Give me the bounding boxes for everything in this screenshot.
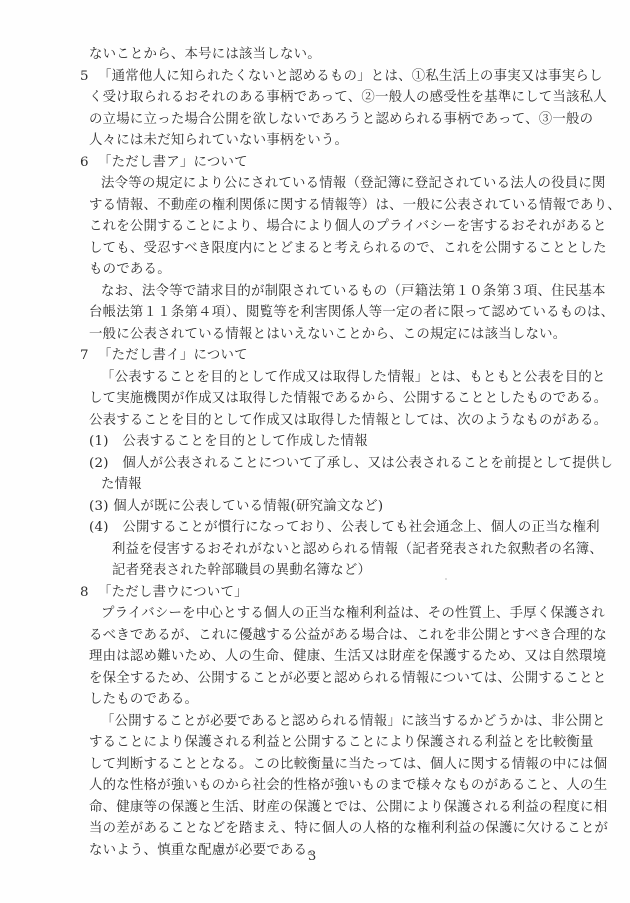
list-item-3: (3) 個人が既に公表している情報(研究論文など): [89, 497, 383, 517]
text-line: 人的な性格が強いものから社会的性格が強いものまで様々なものがあること、人の生: [89, 776, 607, 796]
scan-speck: [445, 578, 447, 580]
text-line: 命、健康等の保護と生活、財産の保護とでは、公開により保護される利益の程度に相: [89, 798, 607, 818]
text-line: 「公開することが必要であると認められる情報」に該当するかどうかは、非公開と: [101, 712, 606, 732]
text-line: しても、受忍すべき限度内にとどまると考えられるので、これを公開することとした: [89, 239, 607, 259]
section-heading-6: 「ただし書ア」について: [98, 153, 248, 173]
text-line: して実施機関が作成又は取得した情報であるから、公開することとしたものである。: [89, 389, 607, 409]
list-item-1: (1) 公表することを目的として作成した情報: [89, 432, 368, 452]
section-heading-7: 「ただし書イ」について: [98, 346, 248, 366]
section-heading-8: 「ただし書ウについて」: [98, 583, 248, 603]
text-line: 理由は認め難いため、人の生命、健康、生活又は財産を保護するため、又は自然環境: [89, 647, 606, 667]
text-line: 公表することを目的として作成又は取得した情報としては、次のようなものがある。: [89, 411, 607, 431]
text-line: 一般に公表されている情報とはいえないことから、この規定には該当しない。: [89, 325, 566, 345]
text-line: 台帳法第１１条第４項）、閲覧等を利害関係人等一定の者に限って認めているものは、: [89, 303, 614, 323]
section-number-8: 8: [80, 583, 89, 603]
text-line: これを公開することにより、場合により個人のプライバシーを害するおそれがあると: [89, 217, 607, 237]
text-line: ないことから、本号には該当しない。: [89, 45, 321, 65]
list-item-2: (2) 個人が公表されることについて了承し、又は公表されることを前提として提供し: [89, 454, 613, 474]
document-page: ないことから、本号には該当しない。 5 「通常他人に知られたくないと認めるもの」…: [0, 0, 630, 903]
text-line: ないよう、慎重な配慮が必要である。: [89, 841, 321, 861]
section-number-7: 7: [80, 346, 89, 366]
text-line: することにより保護される利益と公開することにより保護される利益とを比較衡量: [89, 733, 594, 753]
scan-speck: [586, 188, 588, 190]
text-line: 「通常他人に知られたくないと認めるもの」とは、①私生活上の事実又は事実らし: [98, 67, 603, 87]
text-line: の立場に立った場合公開を欲しないであろうと認められる事柄であって、③一般の: [89, 110, 593, 130]
text-line: 利益を侵害するおそれがないと認められる情報（記者発表された叙勲者の名簿、: [112, 540, 603, 560]
list-item-4: (4) 公開することが慣行になっており、公表しても社会通念上、個人の正当な権利: [89, 518, 600, 538]
text-line: く受け取られるおそれのある事柄であって、②一般人の感受性を基準にして当該私人: [89, 88, 607, 108]
text-line: して判断することとなる。この比較衡量に当たっては、個人に関する情報の中には個: [89, 755, 607, 775]
text-line: 法令等の規定により公にされている情報（登記簿に登記されている法人の役員に関: [101, 174, 606, 194]
text-line: を保全するため、公開することが必要と認められる情報については、公開することと: [89, 669, 607, 689]
text-line: プライバシーを中心とする個人の正当な権利利益は、その性質上、手厚く保護され: [101, 604, 605, 624]
text-line: なお、法令等で請求目的が制限されているもの（戸籍法第１０条第３項、住民基本: [101, 282, 606, 302]
text-line: た情報: [101, 475, 142, 495]
section-number-6: 6: [80, 153, 89, 173]
text-line: する情報、不動産の権利関係に関する情報等）は、一般に公表されている情報であり、: [89, 196, 621, 216]
text-line: 記者発表された幹部職員の異動名簿など）: [112, 561, 371, 581]
text-line: 人々には未だ知られていない事柄をいう。: [89, 131, 348, 151]
section-number-5: 5: [80, 67, 89, 87]
text-line: 「公表することを目的として作成又は取得した情報」とは、もともと公表を目的と: [101, 368, 606, 388]
text-line: ものである。: [89, 260, 171, 280]
text-line: るべきであるが、これに優越する公益がある場合は、これを非公開とすべき合理的な: [89, 626, 607, 646]
text-line: 当の差があることなどを踏まえ、特に個人の人格的な権利利益の保護に欠けることが: [89, 819, 608, 839]
text-line: したものである。: [89, 690, 198, 710]
page-number: 3: [308, 848, 316, 866]
